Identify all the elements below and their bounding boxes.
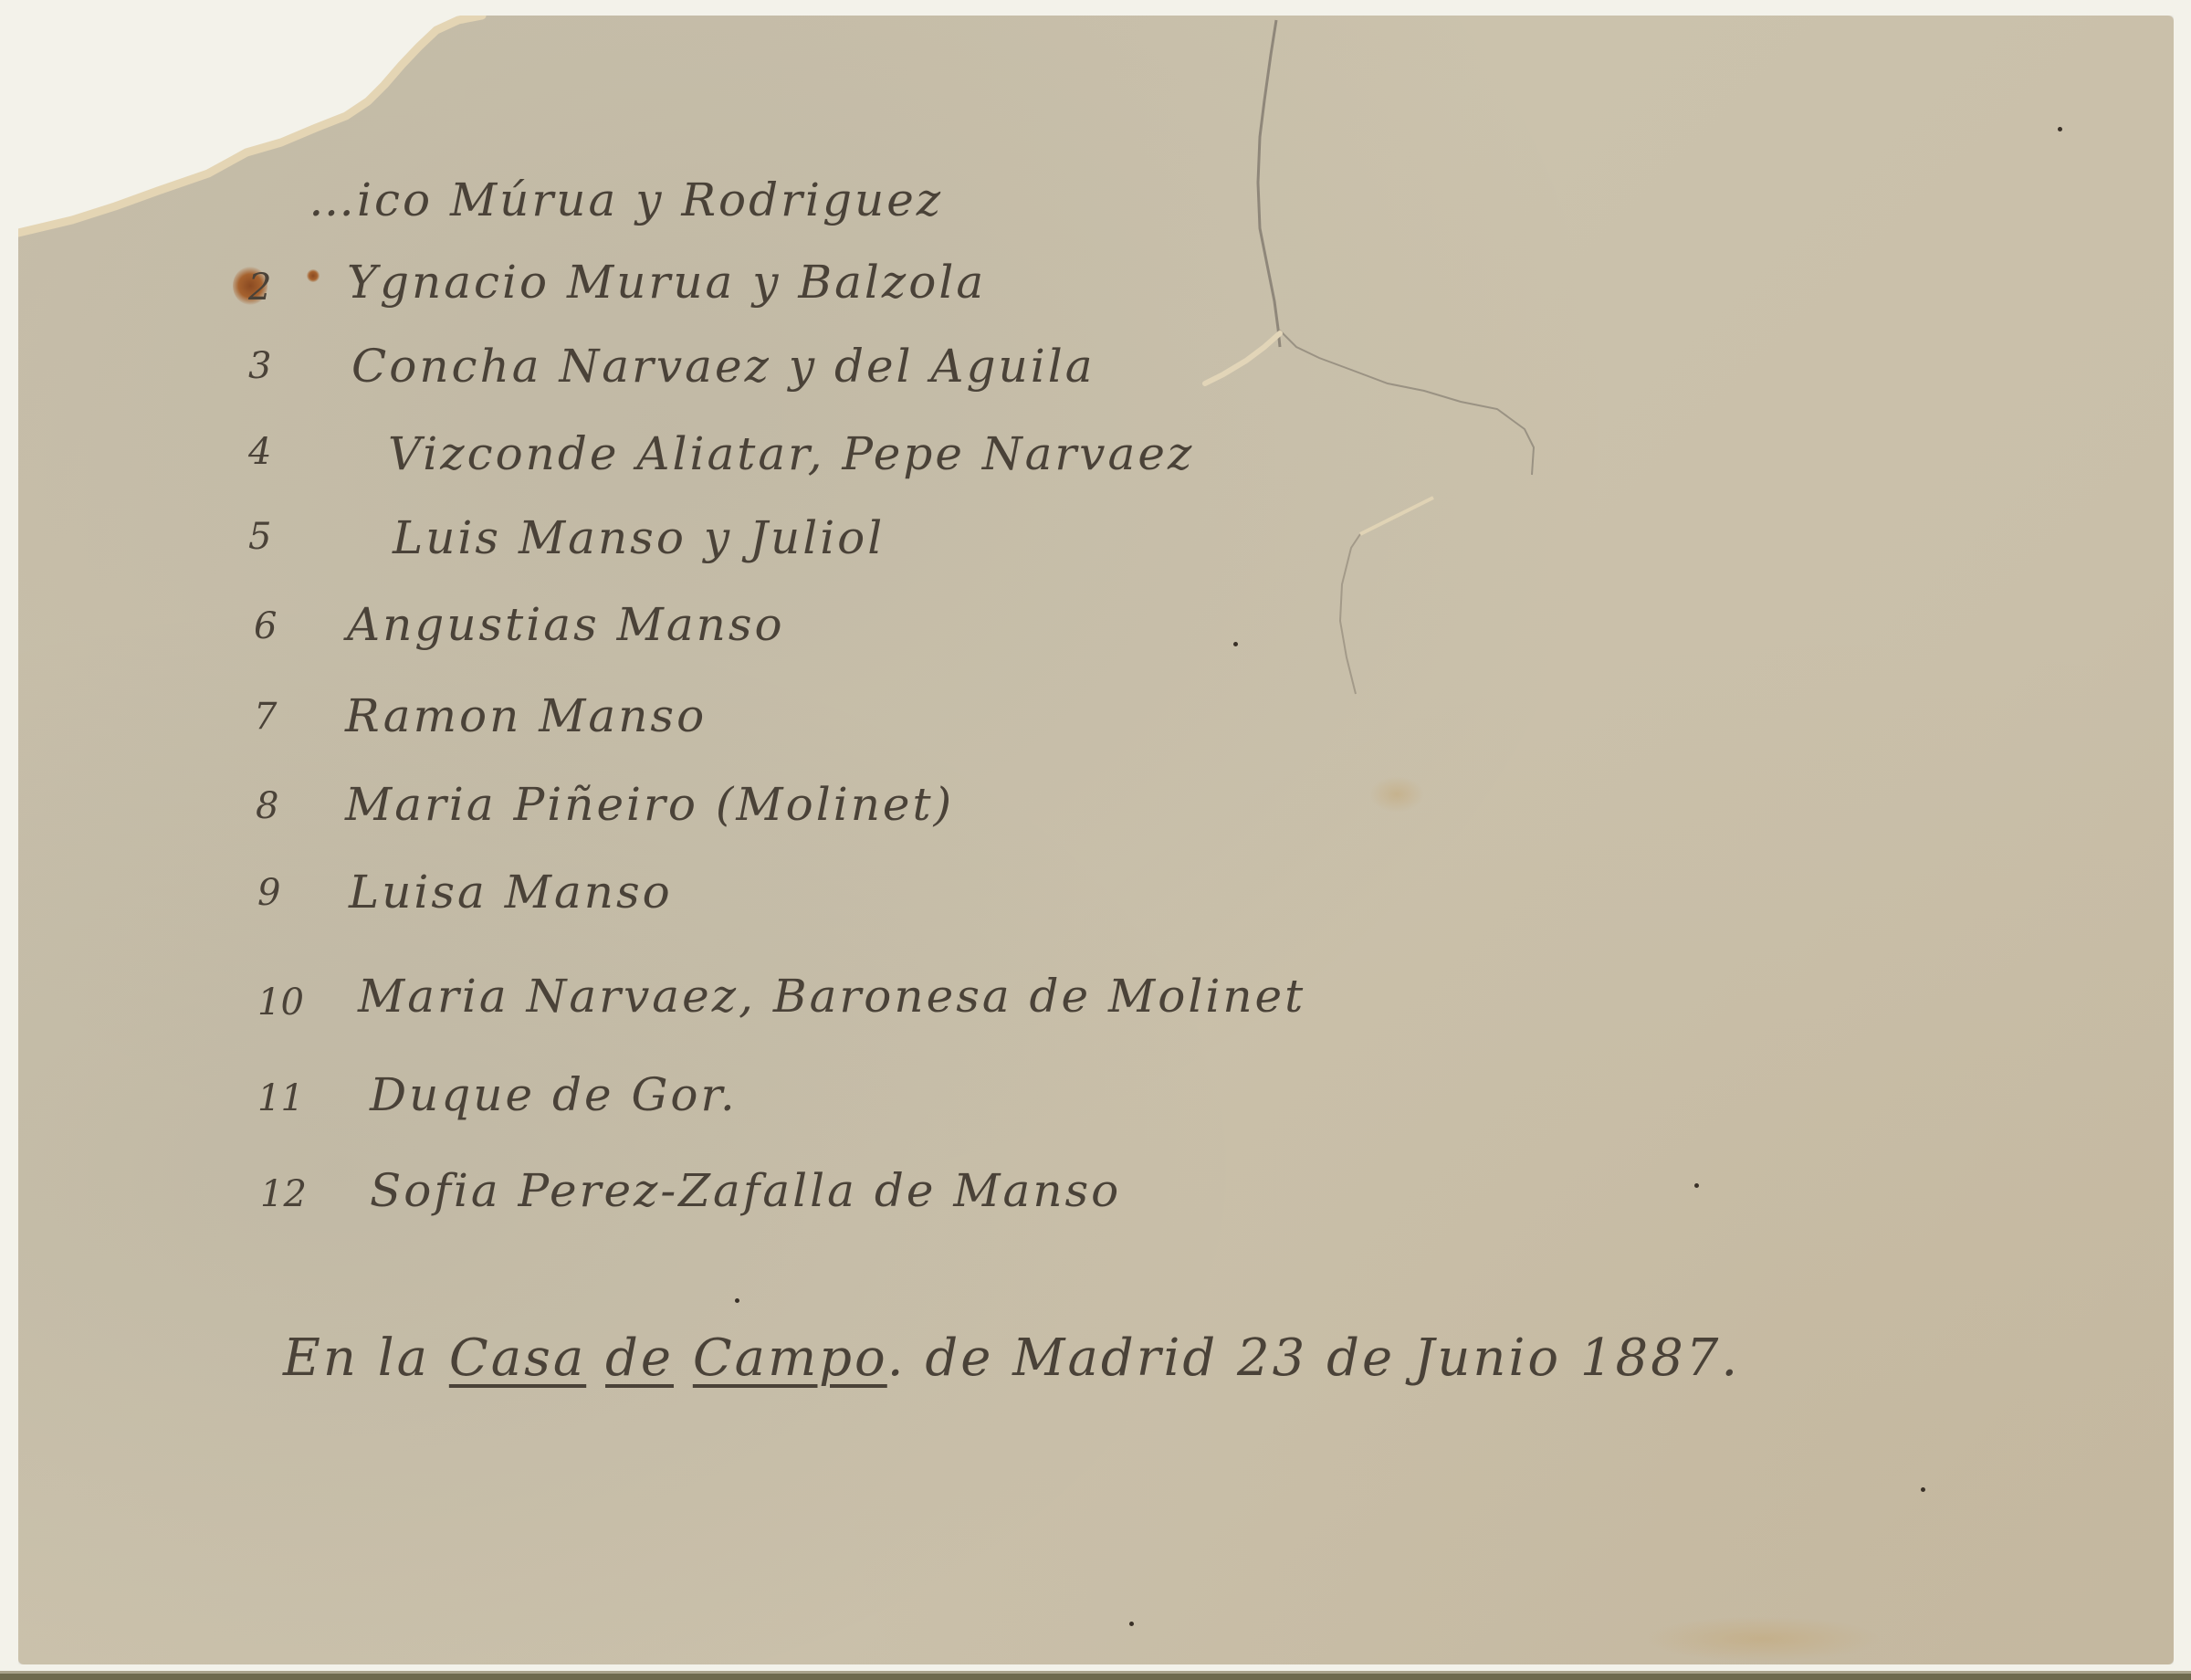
ink-speck [1694,1183,1699,1188]
entry-number: 10 [257,982,304,1024]
entry-name: Ramon Manso [345,689,707,742]
aged-paper-sheet [18,16,2174,1664]
entry-number: 12 [260,1173,307,1215]
ink-speck [1129,1622,1134,1626]
water-stain-bottom [1643,1616,1881,1662]
entry-name: Maria Piñeiro (Molinet) [345,778,954,831]
scanner-bottom-strip [0,1671,2191,1680]
footer-casa: Casa [449,1328,586,1388]
entry-name: Luis Manso y Juliol [393,511,885,564]
entry-number: 4 [248,431,271,473]
entry-number: 6 [254,605,277,647]
entry-number: 7 [254,696,277,738]
rust-stain-small [307,269,320,282]
entry-name: Vizconde Aliatar, Pepe Narvaez [388,427,1194,480]
ink-speck [2058,127,2062,131]
entry-name: Ygnacio Murua y Balzola [347,256,986,309]
entry-number: 2 [248,267,271,309]
entry-number: 3 [248,345,271,387]
footer-rest: . de Madrid 23 de Junio 1887. [887,1328,1740,1388]
entry-number: 9 [257,872,280,914]
entry-name: Concha Narvaez y del Aguila [351,340,1095,393]
entry-number: 5 [248,516,271,558]
footer-de: de [605,1328,674,1388]
location-date-line: En la Casa de Campo. de Madrid 23 de Jun… [283,1328,1740,1388]
ink-speck [1921,1487,1925,1492]
entry-name: …ico Múrua y Rodriguez [309,173,943,226]
ink-speck [1233,642,1238,646]
entry-name: Sofia Perez-Zafalla de Manso [370,1164,1121,1217]
entry-number: 8 [256,785,278,827]
ink-speck [735,1298,739,1303]
entry-name: Maria Narvaez, Baronesa de Molinet [358,970,1305,1023]
footer-campo: Campo [693,1328,887,1388]
water-stain [1369,776,1424,813]
entry-name: Duque de Gor. [370,1068,738,1121]
entry-number: 11 [257,1077,304,1119]
entry-name: Angustias Manso [347,598,785,651]
entry-name: Luisa Manso [349,866,673,919]
footer-prefix: En la [283,1328,449,1388]
